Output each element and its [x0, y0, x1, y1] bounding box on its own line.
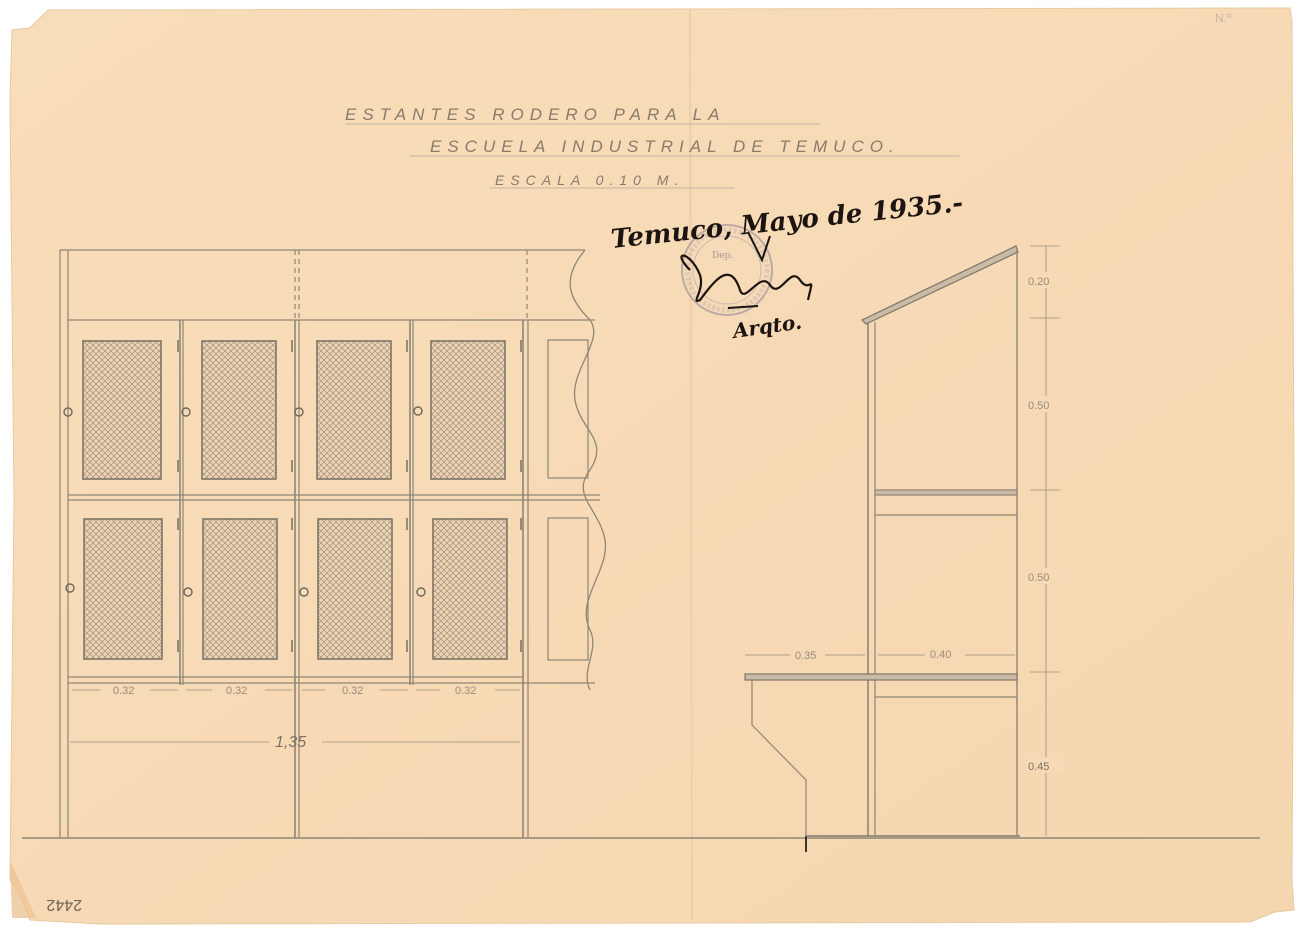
height-dim-middle: 0.50: [1028, 572, 1049, 584]
title-line-2: ESCUELA INDUSTRIAL DE TEMUCO.: [430, 137, 900, 156]
door-panel: [203, 519, 277, 659]
door-panel: [433, 519, 507, 659]
door-panel: [317, 341, 391, 479]
catalog-number: 2442: [46, 896, 82, 913]
total-width-dim: 1,35: [275, 734, 306, 751]
width-dim-3: 0.32: [342, 685, 363, 697]
height-dim-bottom: 0.45: [1028, 761, 1049, 773]
corner-mark: N.º: [1215, 11, 1232, 25]
height-dim-upper: 0.50: [1028, 400, 1049, 412]
height-dim-top: 0.20: [1028, 276, 1049, 288]
door-panel: [431, 341, 505, 479]
door-panel: [84, 519, 162, 659]
depth-dim-bench: 0.35: [795, 650, 816, 662]
door-panel: [83, 341, 161, 479]
door-panel: [318, 519, 392, 659]
depth-dim-cabinet: 0.40: [930, 649, 951, 661]
door-panel: [202, 341, 276, 479]
width-dim-2: 0.32: [226, 685, 247, 697]
title-line-1: ESTANTES RODERO PARA LA: [345, 105, 725, 124]
width-dim-1: 0.32: [113, 685, 134, 697]
blueprint-sheet: ESTANTES RODERO PARA LA ESCUELA INDUSTRI…: [0, 0, 1300, 927]
width-dim-4: 0.32: [455, 685, 476, 697]
stamp-label: Dep.: [712, 251, 733, 261]
scale-label: ESCALA 0.10 M.: [495, 172, 684, 188]
